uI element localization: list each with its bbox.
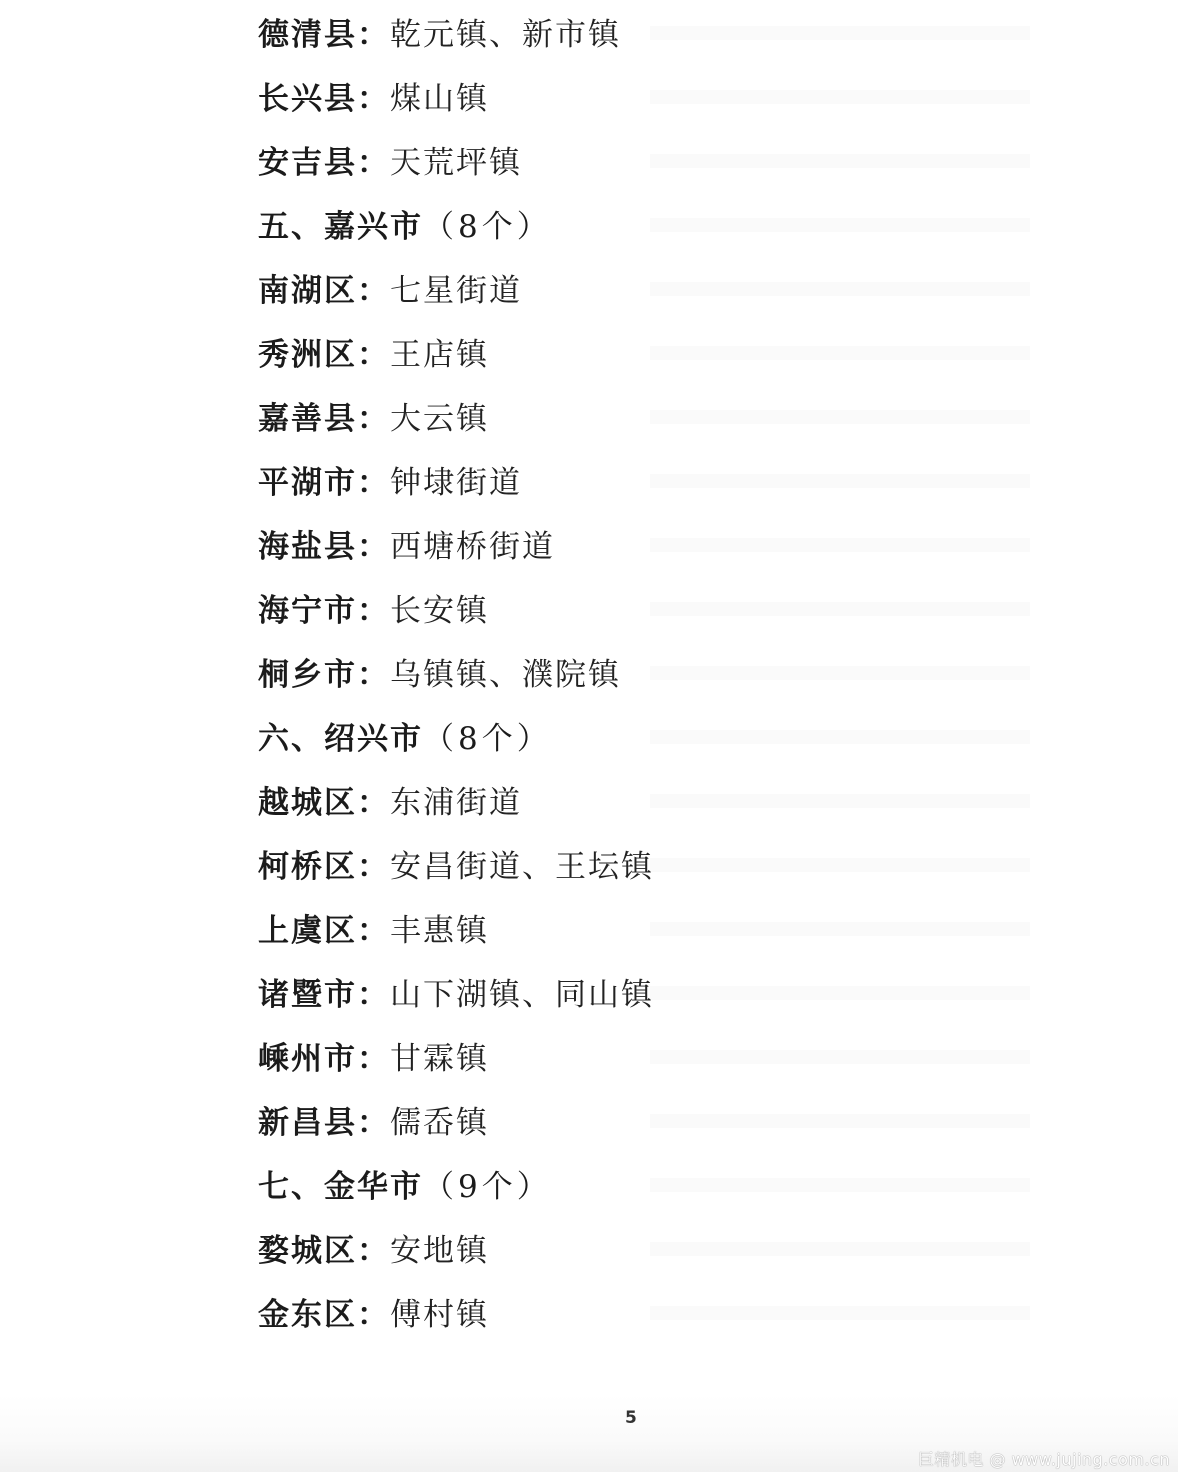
section-title: 六、绍兴市 [258, 707, 423, 771]
county-label: 新昌县： [258, 1091, 390, 1155]
list-item: 柯桥区： 安昌街道、王坛镇 [258, 835, 654, 899]
list-item: 长兴县： 煤山镇 [258, 67, 654, 131]
county-label: 嵊州市： [258, 1027, 390, 1091]
town-value: 丰惠镇 [390, 899, 489, 963]
list-item: 嘉善县： 大云镇 [258, 387, 654, 451]
town-list: 德清县： 乾元镇、新市镇 长兴县： 煤山镇 安吉县： 天荒坪镇 五、嘉兴市（8个… [258, 3, 654, 1347]
town-value: 王店镇 [390, 323, 489, 387]
section-heading: 六、绍兴市（8个） [258, 707, 654, 771]
county-label: 海宁市： [258, 579, 390, 643]
list-item: 平湖市： 钟埭街道 [258, 451, 654, 515]
section-heading: 七、金华市（9个） [258, 1155, 654, 1219]
list-item: 嵊州市： 甘霖镇 [258, 1027, 654, 1091]
section-heading: 五、嘉兴市（8个） [258, 195, 654, 259]
list-item: 德清县： 乾元镇、新市镇 [258, 3, 654, 67]
list-item: 海宁市： 长安镇 [258, 579, 654, 643]
town-value: 乌镇镇、濮院镇 [390, 643, 621, 707]
list-item: 上虞区： 丰惠镇 [258, 899, 654, 963]
county-label: 秀洲区： [258, 323, 390, 387]
town-value: 安昌街道、王坛镇 [390, 835, 654, 899]
town-value: 儒岙镇 [390, 1091, 489, 1155]
town-value: 煤山镇 [390, 67, 489, 131]
town-value: 钟埭街道 [390, 451, 522, 515]
county-label: 海盐县： [258, 515, 390, 579]
town-value: 乾元镇、新市镇 [390, 3, 621, 67]
county-label: 越城区： [258, 771, 390, 835]
county-label: 嘉善县： [258, 387, 390, 451]
town-value: 天荒坪镇 [390, 131, 522, 195]
town-value: 傅村镇 [390, 1283, 489, 1347]
town-value: 长安镇 [390, 579, 489, 643]
town-value: 七星街道 [390, 259, 522, 323]
list-item: 桐乡市： 乌镇镇、濮院镇 [258, 643, 654, 707]
county-label: 长兴县： [258, 67, 390, 131]
section-title: 五、嘉兴市 [258, 195, 423, 259]
list-item: 安吉县： 天荒坪镇 [258, 131, 654, 195]
town-value: 西塘桥街道 [390, 515, 555, 579]
county-label: 上虞区： [258, 899, 390, 963]
list-item: 诸暨市： 山下湖镇、同山镇 [258, 963, 654, 1027]
list-item: 秀洲区： 王店镇 [258, 323, 654, 387]
county-label: 诸暨市： [258, 963, 390, 1027]
page-number: 5 [625, 1408, 637, 1428]
county-label: 安吉县： [258, 131, 390, 195]
list-item: 越城区： 东浦街道 [258, 771, 654, 835]
list-item: 南湖区： 七星街道 [258, 259, 654, 323]
list-item: 海盐县： 西塘桥街道 [258, 515, 654, 579]
list-item: 新昌县： 儒岙镇 [258, 1091, 654, 1155]
county-label: 平湖市： [258, 451, 390, 515]
list-item: 金东区： 傅村镇 [258, 1283, 654, 1347]
county-label: 婺城区： [258, 1219, 390, 1283]
town-value: 东浦街道 [390, 771, 522, 835]
county-label: 柯桥区： [258, 835, 390, 899]
town-value: 安地镇 [390, 1219, 489, 1283]
section-count: （9个） [423, 1155, 552, 1219]
county-label: 南湖区： [258, 259, 390, 323]
watermark: 巨精机电 @ www.jujing.com.cn [918, 1447, 1170, 1470]
list-item: 婺城区： 安地镇 [258, 1219, 654, 1283]
town-value: 山下湖镇、同山镇 [390, 963, 654, 1027]
section-title: 七、金华市 [258, 1155, 423, 1219]
bleed-through-texture [650, 0, 1030, 1340]
county-label: 德清县： [258, 3, 390, 67]
county-label: 桐乡市： [258, 643, 390, 707]
section-count: （8个） [423, 195, 552, 259]
county-label: 金东区： [258, 1283, 390, 1347]
town-value: 大云镇 [390, 387, 489, 451]
document-page: 德清县： 乾元镇、新市镇 长兴县： 煤山镇 安吉县： 天荒坪镇 五、嘉兴市（8个… [0, 0, 1178, 1472]
town-value: 甘霖镇 [390, 1027, 489, 1091]
section-count: （8个） [423, 707, 552, 771]
